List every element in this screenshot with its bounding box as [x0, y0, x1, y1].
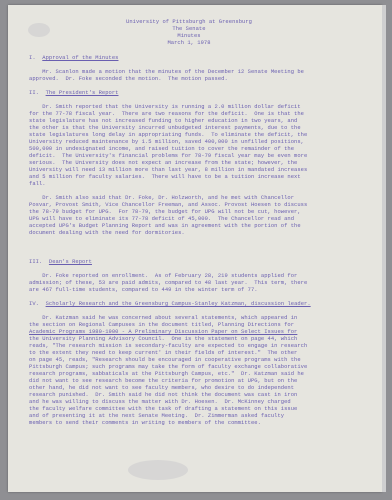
text-line: the section on Regional Campuses in the … [29, 321, 294, 328]
text-line: are 467 full-time students, compared to … [29, 286, 258, 293]
section-heading-1: I. Approval of the Minutes [29, 54, 118, 61]
text-line: reads, "The research mission is secondar… [29, 342, 307, 349]
text-line: document dealing with the need for dormi… [29, 229, 185, 236]
text-line: University reduced maintenance by 1.5 mi… [29, 138, 304, 145]
text-line: accepted UPG's Budget Planning Report an… [29, 222, 301, 229]
text-line: to the extent they need to keep current'… [29, 349, 297, 356]
text-line: research punished. Dr. Smith said he did… [29, 391, 297, 398]
text-line: other hand, he did not want to see facul… [29, 384, 294, 391]
text-line: Academic Programs 1980-1900 - A Prelimin… [29, 328, 297, 335]
paper-smudge [128, 460, 188, 480]
section-heading-4: IV. Scholarly Research and the Greensbur… [29, 300, 311, 307]
text-line: approved. Dr. Foke seconded the motion. … [29, 75, 228, 82]
section-title: The President's Report [46, 89, 119, 96]
text-line: UPG will have to eliminate its 77-78 def… [29, 215, 294, 222]
section-number: IV. [29, 300, 39, 307]
text-line: state legislature has not increased fund… [29, 117, 297, 124]
text-line: and he was willing to discuss the matter… [29, 398, 291, 405]
section-number: II. [29, 89, 39, 96]
section-number: I. [29, 54, 36, 61]
text-line: did not want to see research become the … [29, 377, 297, 384]
text-line: Dr. Smith reported that the University i… [29, 103, 301, 110]
section-heading-3: III. Dean's Report [29, 258, 92, 265]
text-line: Dr. Foke reported on enrollment. As of F… [29, 272, 297, 279]
doc-type: Minutes [29, 32, 349, 39]
page-edge [382, 5, 386, 492]
text-line: deficit. The University's financial prob… [29, 152, 307, 159]
text-line: Pittsburgh Campus; such programs may tak… [29, 363, 307, 370]
institution-name: University of Pittsburgh at Greensburg [29, 18, 349, 25]
section-heading-2: II. The President's Report [29, 89, 118, 96]
section-title: Approval of the Minutes [42, 54, 118, 61]
senate-label: The Senate [29, 25, 349, 32]
text-line: members to send their comments in writin… [29, 419, 261, 426]
section-title: Dean's Report [49, 258, 92, 265]
text-line: and of presenting it at the next Senate … [29, 412, 284, 419]
text-line: the other is that the University incurre… [29, 124, 301, 131]
text-line: fall. [29, 180, 46, 187]
document-page: University of Pittsburgh at Greensburg T… [8, 5, 382, 492]
text-line: 500,000 in undesignated income, and rais… [29, 145, 294, 152]
text-line: on page 45, reads, "Research should be e… [29, 356, 301, 363]
text-line: the 78-79 budget for UPG. For 78-79, the… [29, 208, 301, 215]
text-line: state legislatures long delay in appropr… [29, 131, 307, 138]
text-line: research programs, sabbaticals at the Pi… [29, 370, 304, 377]
text-line: Dr. Smith also said that Dr. Foke, Dr. H… [29, 194, 294, 201]
text-line: Posvar, Provost Smith, Vice Chancellor F… [29, 201, 307, 208]
text-line: Dr. Katzman said he was concerned about … [29, 314, 297, 321]
text-line: University will need 13 million more tha… [29, 166, 307, 173]
text-line: the University Planning Advisory Council… [29, 335, 297, 342]
text-line: for the 77-78 fiscal year. There are two… [29, 110, 304, 117]
text-line: admission; of these, 53 are paid admits,… [29, 279, 307, 286]
text-line: and 5 million for faculty salaries. Ther… [29, 173, 301, 180]
section-number: III. [29, 258, 42, 265]
text-line: serious. The University does not expect … [29, 159, 297, 166]
meeting-date: March 1, 1978 [29, 39, 349, 46]
section-title: Scholarly Research and the Greensburg Ca… [46, 300, 311, 307]
text-line: Mr. Scanlon made a motion that the minut… [29, 68, 304, 75]
text-line: the faculty welfare committee with the t… [29, 405, 297, 412]
